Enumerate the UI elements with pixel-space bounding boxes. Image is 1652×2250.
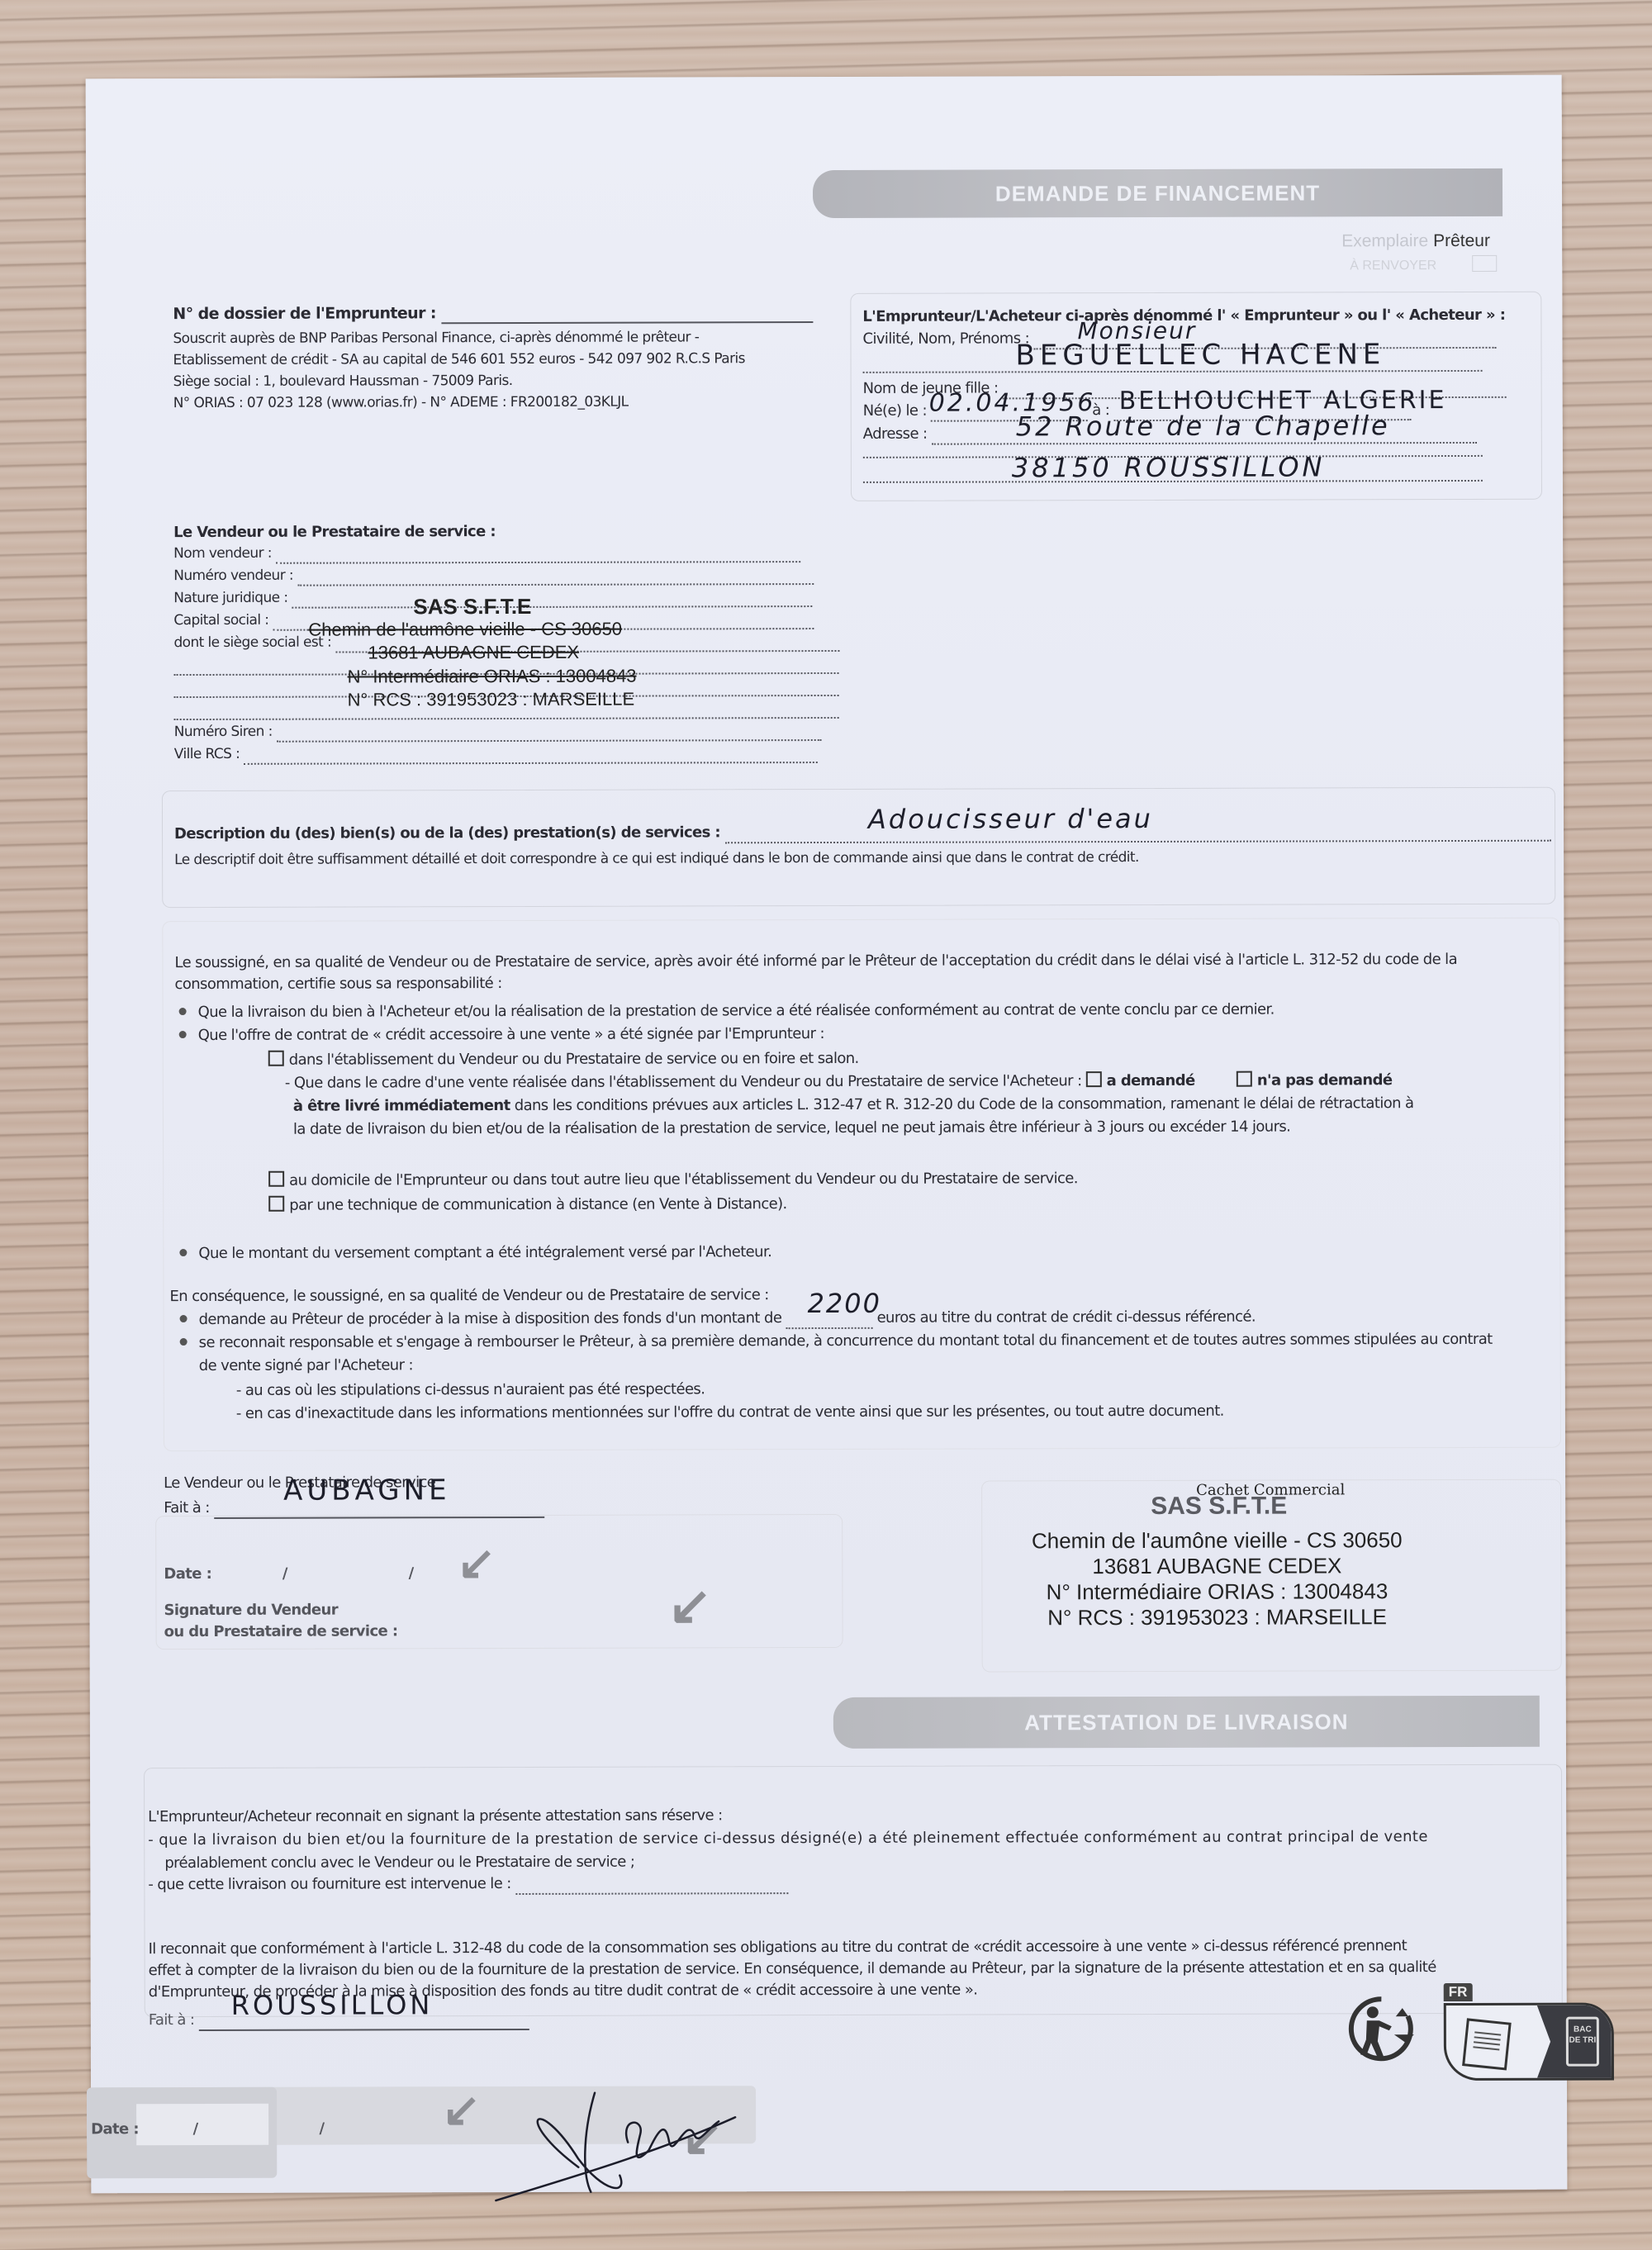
seller-hq-stamp: 13681 AUBAGNE CEDEX (368, 642, 579, 664)
seller-place-value: AUBAGNE (283, 1474, 451, 1507)
bullet-signed: Que l'offre de contrat de « crédit acces… (179, 1023, 824, 1047)
seller-orias-stamp: N° Intermédiaire ORIAS : 13004843 (348, 666, 637, 688)
bullet-icon (179, 1249, 187, 1256)
establishment-checkbox[interactable] (268, 1051, 284, 1066)
description-value: Adoucisseur d'eau (868, 803, 1153, 835)
envelope-icon (1472, 255, 1497, 272)
description-note: Le descriptif doit être suffisamment dét… (174, 847, 1139, 871)
seller-date-row: Date : / / (164, 1563, 472, 1585)
borrower-signature (479, 2084, 752, 2217)
consequence-text: En conséquence, le soussigné, en sa qual… (169, 1284, 768, 1308)
asked-checkbox[interactable] (1086, 1071, 1102, 1087)
immediate-delivery-row: - Que dans le cadre d'une vente réalisée… (285, 1070, 1393, 1094)
lender-line: Siège social : 1, boulevard Haussman - 7… (173, 369, 745, 392)
commercial-stamp: Chemin de l'aumône vieille - CS 30650 13… (1023, 1527, 1411, 1631)
bullet-delivery: Que la livraison du bien à l'Acheteur et… (179, 999, 1275, 1023)
borrower-date-field[interactable]: / / (193, 2119, 382, 2138)
responsibility-row: se reconnait responsable et s'engage à r… (180, 1329, 1493, 1354)
sign-here-arrow-icon: ↙ (667, 1578, 712, 1631)
delivery-title: ATTESTATION DE LIVRAISON (1024, 1709, 1348, 1735)
distance-checkbox[interactable] (268, 1196, 284, 1212)
amount-value: 2200 (807, 1288, 881, 1319)
recycling-bin-icon: BAC DE TRI (1566, 2017, 1599, 2067)
delivery-line-2: préalablement conclu avec le Vendeur ou … (164, 1852, 634, 1874)
address-line1-value: 52 Route de la Chapelle (1016, 410, 1390, 442)
send-label: À RENVOYER (1350, 255, 1436, 277)
copy-label: Exemplaire Prêteur (1341, 230, 1490, 252)
form-sheet: DEMANDE DE FINANCEMENT Exemplaire Prêteu… (86, 75, 1568, 2194)
name-value: BEGUELLEC HACENE (1015, 338, 1385, 372)
sign-here-arrow-icon: ↙ (442, 2086, 481, 2133)
delivery-line-1: - que la livraison du bien et/ou la four… (148, 1826, 1428, 1851)
seller-heading: Le Vendeur ou le Prestataire de service … (173, 521, 496, 544)
delivery-band: ATTESTATION DE LIVRAISON (833, 1696, 1540, 1749)
rcs-city-field[interactable] (244, 762, 818, 765)
bullet-icon (180, 1338, 188, 1346)
title-band: DEMANDE DE FINANCEMENT (813, 169, 1502, 218)
seller-legal-stamp: SAS S.F.T.E (413, 594, 531, 619)
case-2: - en cas d'inexactitude dans les informa… (236, 1401, 1224, 1425)
seller-signature-label: Signature du Vendeur ou du Prestataire d… (164, 1599, 397, 1643)
option-establishment: dans l'établissement du Vendeur ou du Pr… (268, 1048, 859, 1071)
lender-line: N° ORIAS : 07 023 128 (www.orias.fr) - N… (173, 391, 745, 414)
lender-line: Souscrit auprès de BNP Paribas Personal … (173, 326, 744, 349)
borrower-date-row: Date : / / (91, 2118, 382, 2140)
lender-info: Souscrit auprès de BNP Paribas Personal … (173, 326, 745, 414)
amount-field[interactable] (786, 1327, 872, 1329)
certification-intro: Le soussigné, en sa qualité de Vendeur o… (174, 949, 1457, 995)
responsibility-row-2: de vente signé par l'Acheteur : (199, 1355, 413, 1377)
funds-request-row: demande au Prêteur de procéder à la mise… (180, 1307, 1256, 1331)
not-asked-checkbox[interactable] (1237, 1071, 1252, 1087)
bullet-icon (180, 1315, 188, 1322)
bullet-icon (179, 1031, 187, 1038)
option-distance: par une technique de communication à dis… (268, 1194, 787, 1217)
triman-icon (1346, 1991, 1421, 2066)
country-label: FR (1444, 1983, 1473, 2001)
lender-line: Etablissement de crédit - SA au capital … (173, 348, 745, 371)
sorting-info-logo: BAC DE TRI (1444, 2003, 1614, 2081)
delivery-intro: L'Emprunteur/Acheteur reconnait en signa… (148, 1805, 723, 1828)
stamp-line: SAS S.F.T.E (1151, 1493, 1287, 1521)
borrower-place-value: ROUSSILLON (231, 1989, 434, 2021)
option-home: au domicile de l'Emprunteur ou dans tout… (268, 1168, 1078, 1192)
bullet-payment: Que le montant du versement comptant a é… (179, 1241, 771, 1265)
paper-sheet-icon (1462, 2018, 1512, 2070)
bullet-icon (179, 1008, 187, 1015)
retraction-text: la date de livraison du bien et/ou de la… (293, 1117, 1290, 1141)
seller-rcs-stamp: N° RCS : 391953023 : MARSEILLE (348, 689, 635, 711)
immediate-delivery-text: à être livré immédiatement dans les cond… (293, 1093, 1414, 1118)
borrower-place-field[interactable] (198, 2029, 529, 2031)
file-number-label: N° de dossier de l'Emprunteur : (173, 301, 813, 325)
sign-here-arrow-icon: ↙ (457, 1540, 496, 1586)
home-checkbox[interactable] (268, 1171, 284, 1187)
case-1: - au cas où les stipulations ci-dessus n… (236, 1379, 705, 1401)
seller-capital-stamp: Chemin de l'aumône vieille - CS 30650 (308, 619, 622, 641)
description-row: Description du (des) bien(s) ou de la (d… (174, 820, 1551, 845)
delivery-line-3: - que cette livraison ou fourniture est … (148, 1873, 788, 1896)
document-title: DEMANDE DE FINANCEMENT (995, 180, 1320, 206)
address-line2-value: 38150 ROUSSILLON (1012, 451, 1326, 483)
seller-date-field[interactable]: / / (282, 1564, 472, 1583)
